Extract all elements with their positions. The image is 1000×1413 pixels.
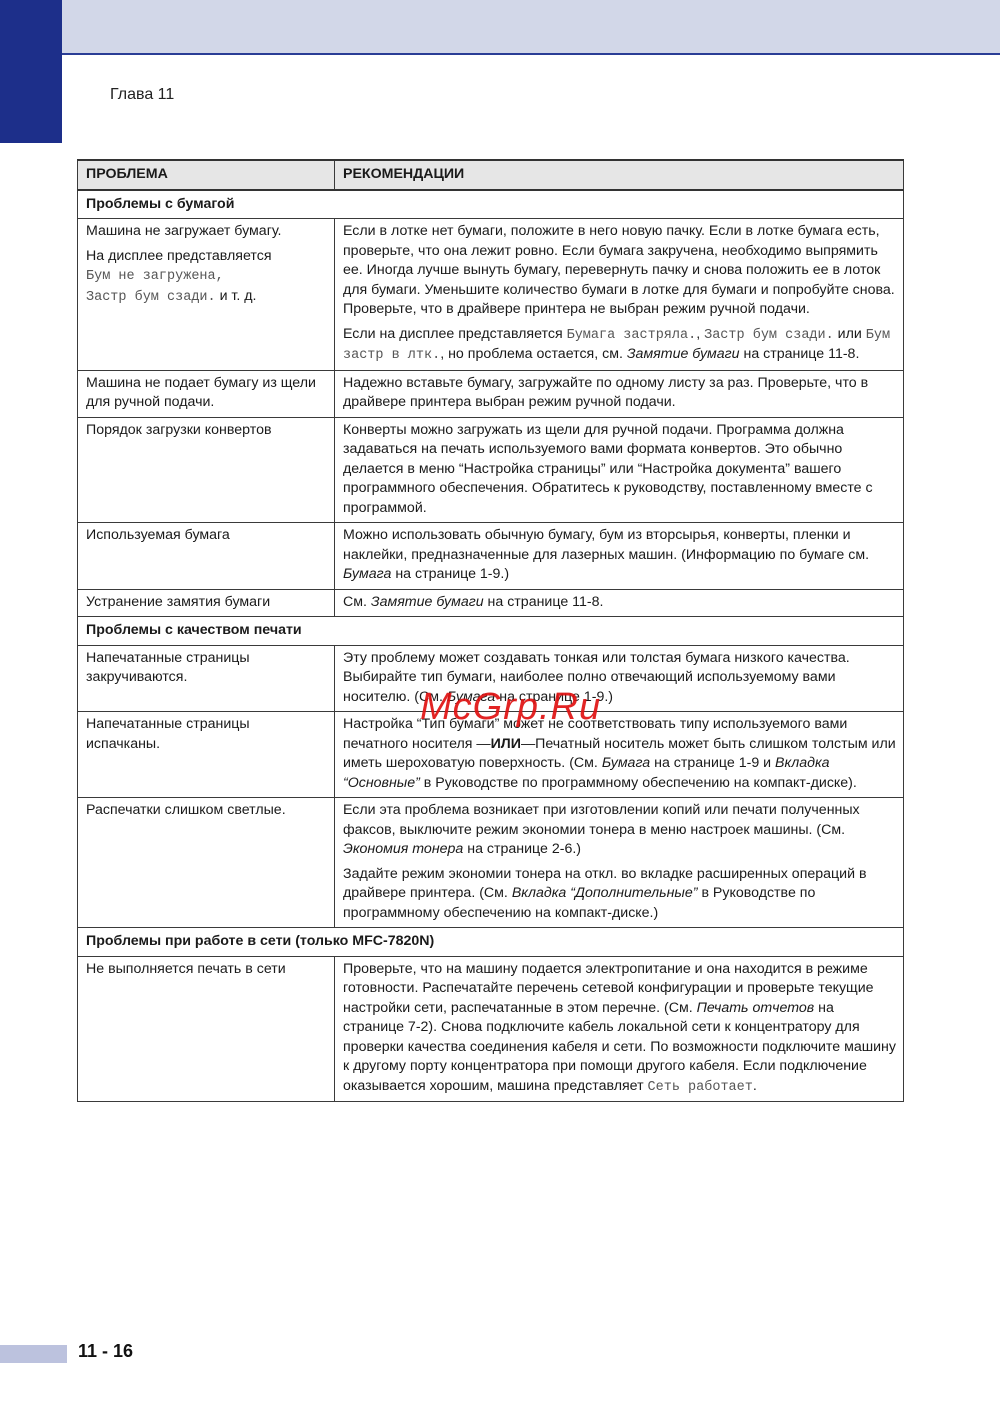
table-header-row: ПРОБЛЕМА РЕКОМЕНДАЦИИ <box>78 160 904 190</box>
cross-reference: Бумага <box>447 689 495 705</box>
cross-reference: Вкладка “Основные” <box>343 755 830 791</box>
problem-cell: Используемая бумага <box>78 523 335 590</box>
chapter-tab-marker <box>0 0 62 143</box>
problem-cell: Не выполняется печать в сети <box>78 956 335 1102</box>
problem-cell: Напечатанные страницы испачканы. <box>78 712 335 798</box>
section-row: Проблемы с качеством печати <box>78 617 904 646</box>
display-message: Застр бум сзади. <box>704 328 834 343</box>
chapter-title: Глава 11 <box>110 86 174 104</box>
table-row: Напечатанные страницы испачканы.Настройк… <box>78 712 904 798</box>
table-row: Машина не подает бумагу из щели для ручн… <box>78 370 904 417</box>
section-row: Проблемы с бумагой <box>78 190 904 219</box>
page-number: 11 - 16 <box>78 1341 133 1362</box>
problem-cell: Машина не подает бумагу из щели для ручн… <box>78 370 335 417</box>
table-row: Машина не загружает бумагу.На дисплее пр… <box>78 219 904 371</box>
emphasis: ИЛИ <box>491 736 521 752</box>
table-row: Устранение замятия бумагиСм. Замятие бум… <box>78 589 904 617</box>
recommendation-cell: Проверьте, что на машину подается электр… <box>335 956 904 1102</box>
problem-cell: Распечатки слишком светлые. <box>78 798 335 928</box>
header-band <box>62 0 1000 55</box>
column-header-problem: ПРОБЛЕМА <box>78 160 335 190</box>
section-title: Проблемы при работе в сети (только MFC-7… <box>78 928 904 957</box>
recommendation-cell: Если в лотке нет бумаги, положите в него… <box>335 219 904 371</box>
recommendation-cell: Эту проблему может создавать тонкая или … <box>335 645 904 712</box>
table-row: Порядок загрузки конвертовКонверты можно… <box>78 417 904 523</box>
section-title: Проблемы с качеством печати <box>78 617 904 646</box>
cross-reference: Вкладка “Дополнительные” <box>512 885 698 901</box>
problem-cell: Машина не загружает бумагу.На дисплее пр… <box>78 219 335 371</box>
section-row: Проблемы при работе в сети (только MFC-7… <box>78 928 904 957</box>
problem-cell: Порядок загрузки конвертов <box>78 417 335 523</box>
recommendation-cell: Настройка “Тип бумаги” может не соответс… <box>335 712 904 798</box>
table-row: Не выполняется печать в сетиПроверьте, ч… <box>78 956 904 1102</box>
cross-reference: Печать отчетов <box>697 1000 815 1016</box>
recommendation-cell: Конверты можно загружать из щели для руч… <box>335 417 904 523</box>
recommendation-cell: См. Замятие бумаги на странице 11-8. <box>335 589 904 617</box>
footer-bar <box>0 1345 67 1363</box>
display-message: Бумага застряла. <box>567 328 697 343</box>
cross-reference: Экономия тонера <box>343 841 463 857</box>
table-row: Используемая бумагаМожно использовать об… <box>78 523 904 590</box>
section-title: Проблемы с бумагой <box>78 190 904 219</box>
table-row: Распечатки слишком светлые.Если эта проб… <box>78 798 904 928</box>
problem-cell: Устранение замятия бумаги <box>78 589 335 617</box>
display-message: Застр бум сзади. <box>86 290 216 305</box>
table-body: Проблемы с бумагойМашина не загружает бу… <box>78 190 904 1102</box>
display-message: Бум не загружена, <box>86 269 224 284</box>
table-row: Напечатанные страницы закручиваются.Эту … <box>78 645 904 712</box>
display-message: Сеть работает <box>648 1080 753 1095</box>
column-header-recommendations: РЕКОМЕНДАЦИИ <box>335 160 904 190</box>
recommendation-cell: Надежно вставьте бумагу, загружайте по о… <box>335 370 904 417</box>
cross-reference: Замятие бумаги <box>627 346 740 362</box>
cross-reference: Замятие бумаги <box>371 594 484 610</box>
cross-reference: Бумага <box>343 566 391 582</box>
recommendation-cell: Можно использовать обычную бумагу, бум и… <box>335 523 904 590</box>
recommendation-cell: Если эта проблема возникает при изготовл… <box>335 798 904 928</box>
problem-cell: Напечатанные страницы закручиваются. <box>78 645 335 712</box>
cross-reference: Бумага <box>602 755 650 771</box>
troubleshooting-table: ПРОБЛЕМА РЕКОМЕНДАЦИИ Проблемы с бумагой… <box>77 159 904 1102</box>
